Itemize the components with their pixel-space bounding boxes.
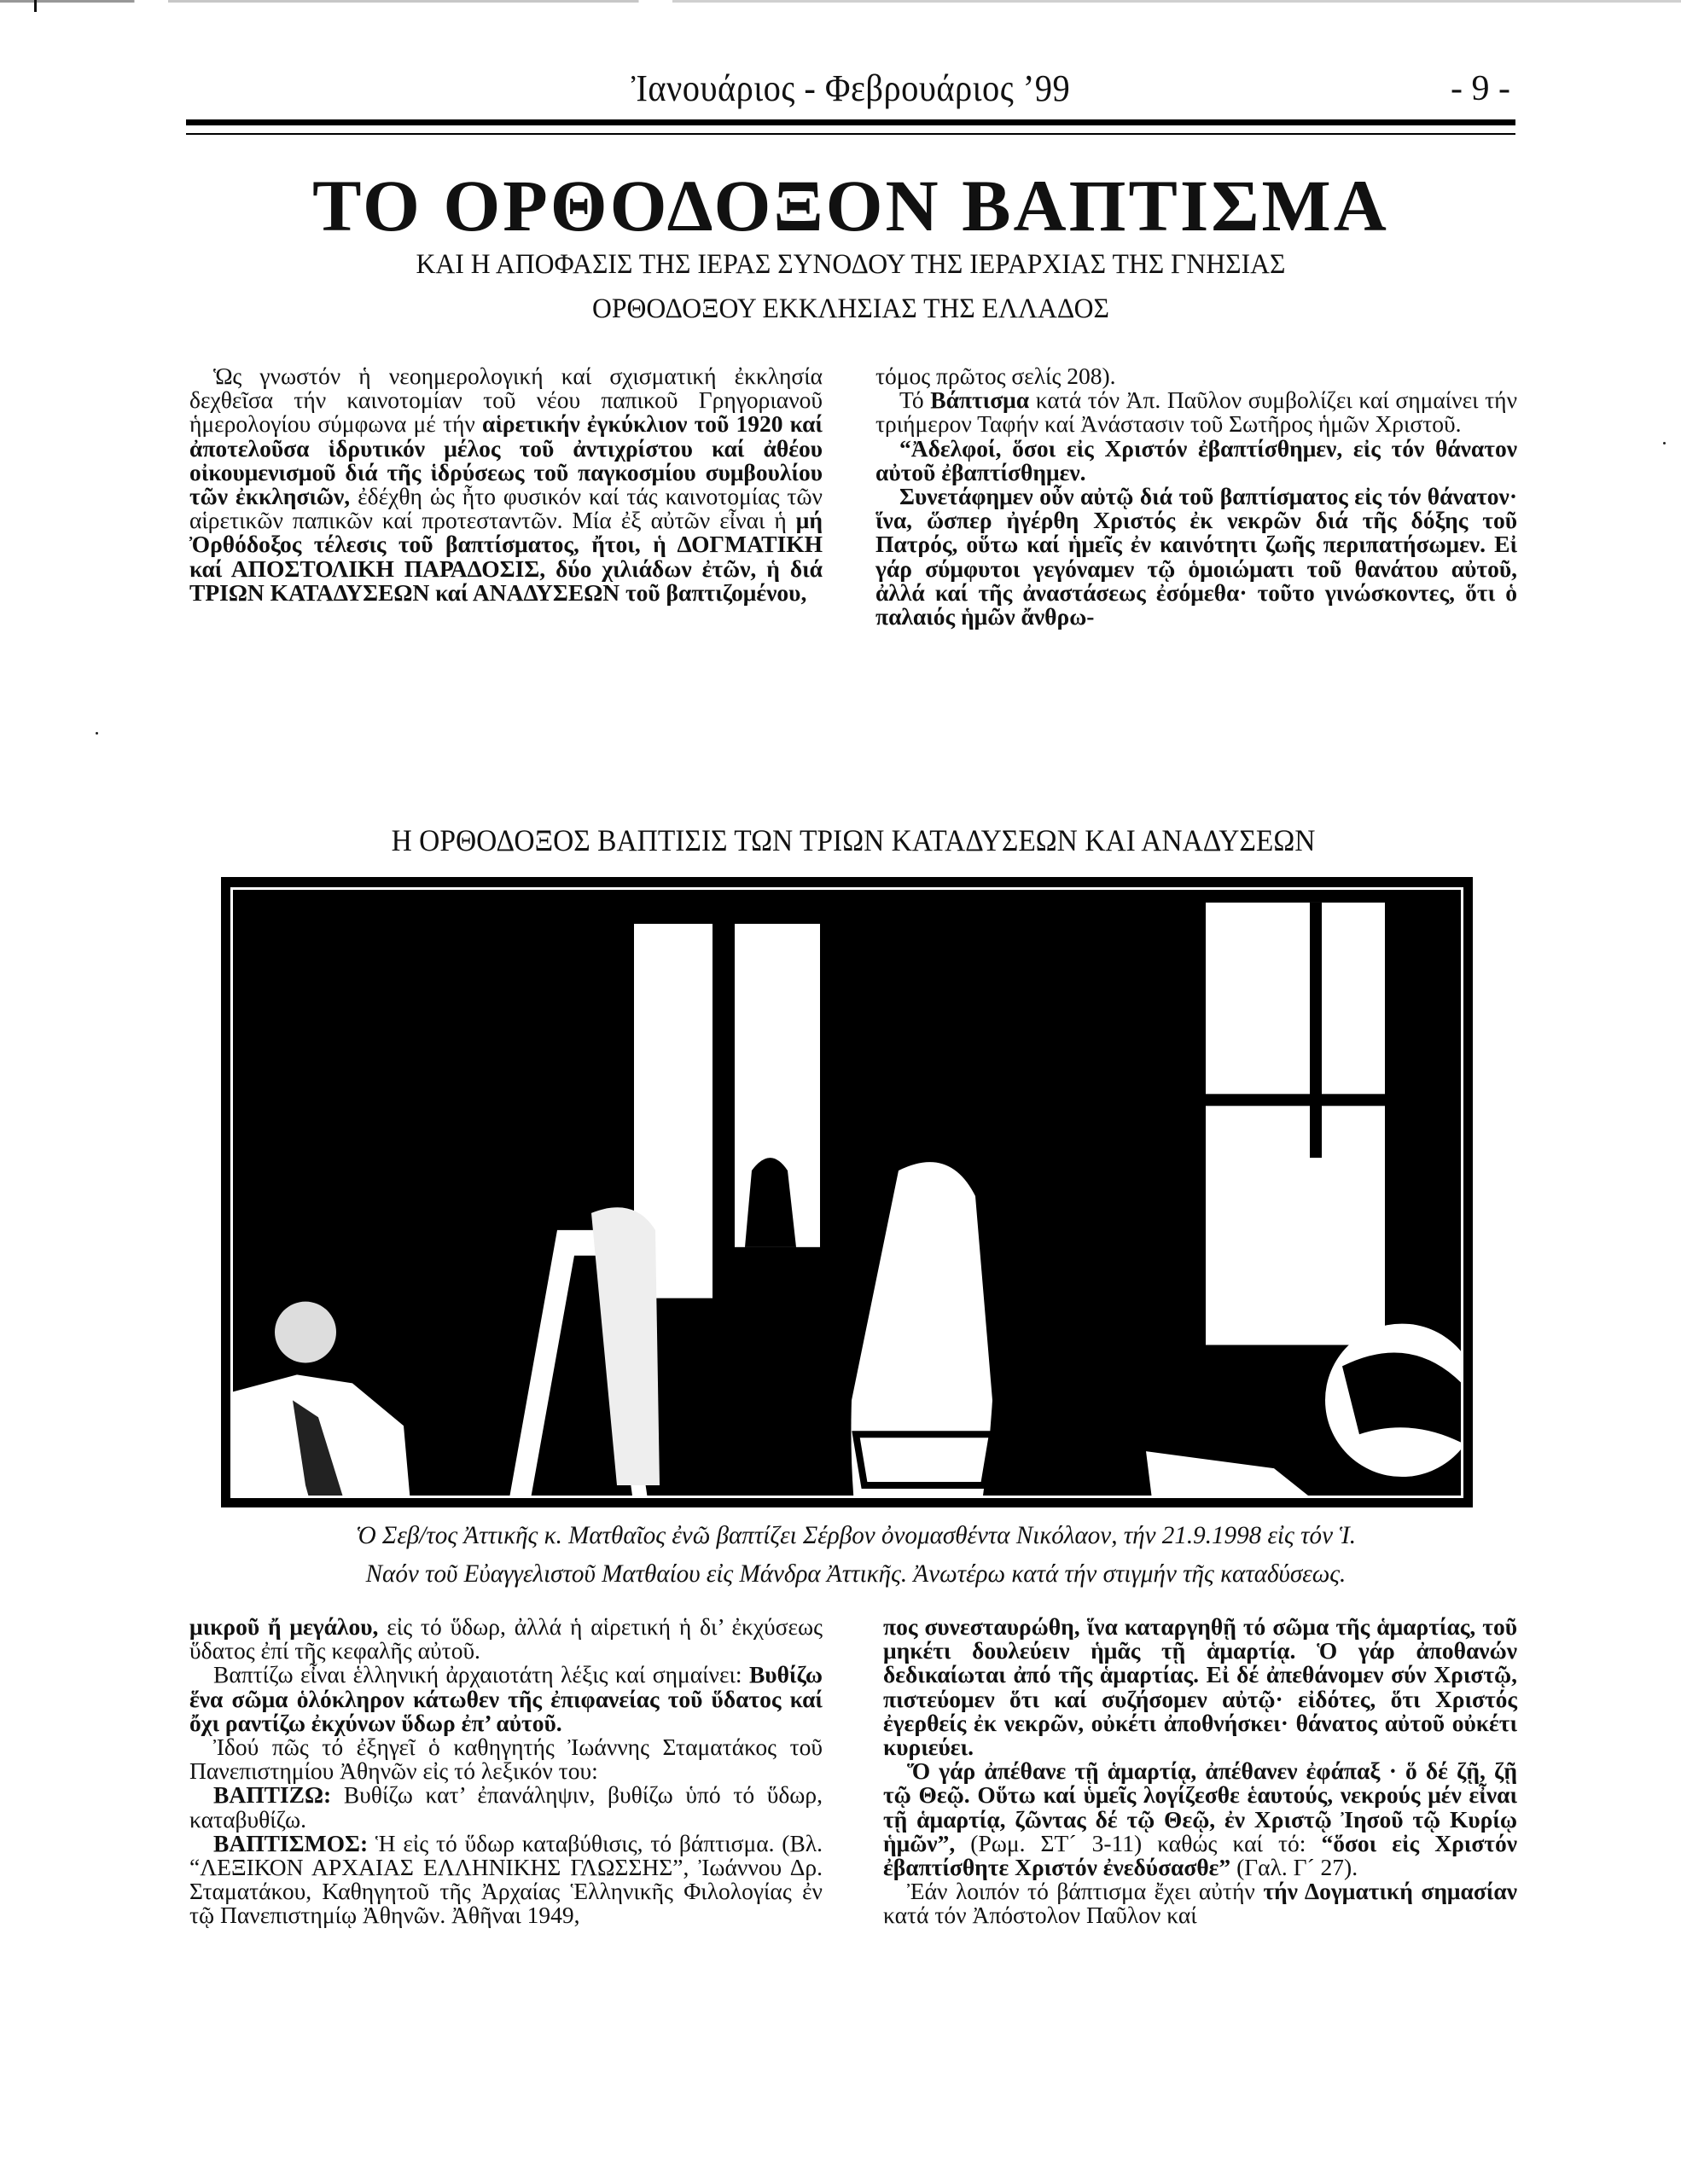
photo-caption-line1: Ὁ Σεβ/τος Ἀττικῆς κ. Ματθαῖος ἐνῶ βαπτίζ… xyxy=(236,1520,1477,1551)
paragraph: τόμος πρῶτος σελίς 208). xyxy=(875,364,1517,388)
lower-right-column: πος συνεσταυρώθη, ἵνα καταργηθῇ τό σῶμα … xyxy=(883,1615,1517,1928)
dictionary-entry: ΒΑΠΤΙΣΜΟΣ: Ἡ εἰς τό ὕδωρ καταβύθισις, τό… xyxy=(189,1832,823,1928)
photo-image xyxy=(230,887,1463,1498)
running-header: Ἰανουάριος - Φεβρουάριος ’99 - 9 - xyxy=(186,67,1515,109)
article-headline: ΤΟ ΟΡΘΟΔΟΞΟΝ ΒΑΠΤΙΣΜΑ xyxy=(186,167,1515,244)
scan-speck xyxy=(96,732,98,735)
paragraph: Ὡς γνωστόν ἡ νεοημερολογική καί σχισματι… xyxy=(189,364,823,605)
scripture-quote: “Ἀδελφοί, ὅσοι εἰς Χριστόν ἐβαπτίσθημεν,… xyxy=(875,437,1517,485)
upper-right-column: τόμος πρῶτος σελίς 208). Τό Βάπτισμα κατ… xyxy=(875,364,1517,629)
scripture-quote: Συνετάφημεν οὖν αὐτῷ διά τοῦ βαπτίσματος… xyxy=(875,485,1517,629)
dictionary-term: ΒΑΠΤΙΖΩ: xyxy=(213,1781,331,1808)
upper-left-column: Ὡς γνωστόν ἡ νεοημερολογική καί σχισματι… xyxy=(189,364,823,605)
article-subheadline-line2: ΟΡΘΟΔΟΞΟΥ ΕΚΚΛΗΣΙΑΣ ΤΗΣ ΕΛΛΑΔΟΣ xyxy=(212,292,1489,326)
dictionary-entry: ΒΑΠΤΙΖΩ: Βυθίζω κατ’ ἐπανάληψιν, βυθίζω … xyxy=(189,1783,823,1831)
paragraph: Ἐάν λοιπόν τό βάπτισμα ἔχει αὐτήν τήν Δο… xyxy=(883,1879,1517,1927)
scripture-quote: πος συνεσταυρώθη, ἵνα καταργηθῇ τό σῶμα … xyxy=(883,1615,1517,1759)
header-rule-thin xyxy=(186,133,1515,135)
lower-left-column: μικροῦ ἤ μεγάλου, εἰς τό ὕδωρ, ἀλλά ἡ αἱ… xyxy=(189,1615,823,1928)
text-run: κατά τόν Ἀπόστολον Παῦλον καί xyxy=(883,1902,1197,1928)
text-run: Ἐάν λοιπόν τό βάπτισμα ἔχει αὐτήν xyxy=(907,1878,1263,1904)
article-subheadline-line1: ΚΑΙ Η ΑΠΟΦΑΣΙΣ ΤΗΣ ΙΕΡΑΣ ΣΥΝΟΔΟΥ ΤΗΣ ΙΕΡ… xyxy=(212,247,1489,282)
scan-speck xyxy=(1663,442,1666,444)
text-run-bold: μικροῦ ἤ μεγάλου, xyxy=(189,1613,378,1640)
scan-artifact-tick xyxy=(34,0,37,12)
paragraph: Τό Βάπτισμα κατά τόν Ἀπ. Παῦλον συμβολίζ… xyxy=(875,388,1517,436)
scan-artifact-top xyxy=(0,0,1681,3)
photo-halftone-illustration xyxy=(233,890,1461,1496)
text-run: Τό xyxy=(899,386,930,413)
baptism-photo xyxy=(221,877,1473,1507)
text-run: (Γαλ. Γ´ 27). xyxy=(1230,1854,1358,1880)
paragraph: Βαπτίζω εἶναι ἑλληνική ἀρχαιοτάτη λέξις … xyxy=(189,1663,823,1735)
paragraph: Ἰδού πῶς τό ἐξηγεῖ ὁ καθηγητής Ἰωάννης Σ… xyxy=(189,1735,823,1783)
paragraph: μικροῦ ἤ μεγάλου, εἰς τό ὕδωρ, ἀλλά ἡ αἱ… xyxy=(189,1615,823,1663)
paragraph: Ὅ γάρ ἀπέθανε τῇ ἁμαρτίᾳ, ἀπέθανεν ἐφάπα… xyxy=(883,1759,1517,1879)
issue-date: Ἰανουάριος - Φεβρουάριος ’99 xyxy=(239,67,1462,110)
text-run: (Ρωμ. ΣΤ´ 3-11) καθώς καί τό: xyxy=(955,1830,1321,1856)
header-rule-thick xyxy=(186,119,1515,125)
text-run: Βαπτίζω εἶναι ἑλληνική ἀρχαιοτάτη λέξις … xyxy=(213,1661,749,1687)
page-number: - 9 - xyxy=(1451,68,1510,109)
text-run-bold: τήν Δογματική σημασίαν xyxy=(1263,1878,1517,1904)
photo-section-title: Η ΟΡΘΟΔΟΞΟΣ ΒΑΠΤΙΣΙΣ ΤΩΝ ΤΡΙΩΝ ΚΑΤΑΔΥΣΕΩ… xyxy=(259,822,1449,859)
dictionary-term: ΒΑΠΤΙΣΜΟΣ: xyxy=(213,1830,368,1856)
photo-caption-line2: Ναόν τοῦ Εὐαγγελιστοῦ Ματθαίου εἰς Μάνδρ… xyxy=(236,1559,1477,1589)
text-run-bold: Βάπτισμα xyxy=(930,386,1029,413)
